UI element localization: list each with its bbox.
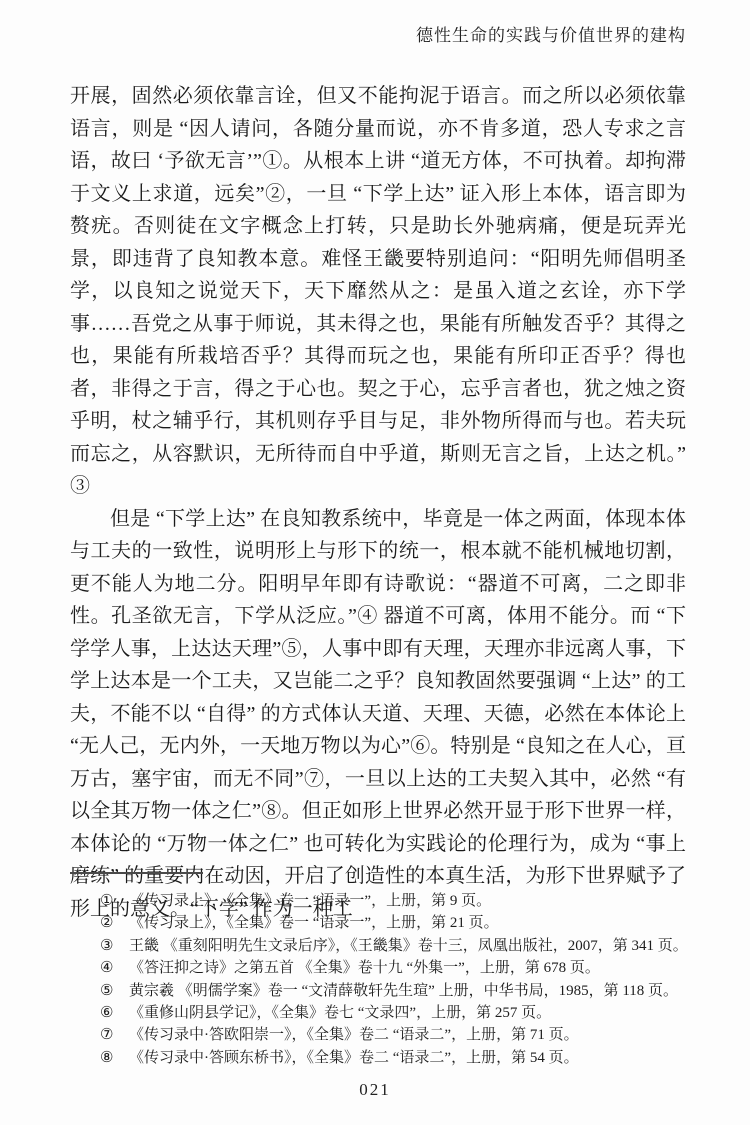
footnote-text: 《答汪抑之诗》之第五首 《全集》卷十九 “外集一”，上册，第 678 页。: [129, 957, 600, 979]
footnotes-block: ① 《传习录上》，《全集》卷一 “语录一”，上册，第 9 页。 ② 《传习录上》…: [100, 890, 686, 1069]
footnote-marker: ②: [100, 912, 120, 934]
footnote-text: 《传习录上》，《全集》卷一 “语录一”，上册，第 21 页。: [129, 912, 499, 934]
book-page: 德性生命的实践与价值世界的建构 开展，固然必须依靠言诠，但又不能拘泥于语言。而之…: [0, 0, 750, 1125]
body-text: 开展，固然必须依靠言诠，但又不能拘泥于语言。而之所以必须依靠语言，则是 “因人请…: [70, 80, 686, 925]
footnote-separator-rule: [70, 872, 203, 874]
footnote-item: ⑧ 《传习录中·答顾东桥书》，《全集》卷二 “语录二”，上册，第 54 页。: [100, 1047, 686, 1069]
footnote-item: ⑥ 《重修山阴县学记》，《全集》卷七 “文录四”，上册，第 257 页。: [100, 1002, 686, 1024]
footnote-text: 黄宗羲 《明儒学案》卷一 “文清薛敬轩先生瑄” 上册，中华书局，1985，第 1…: [129, 980, 678, 1002]
footnote-marker: ⑤: [100, 980, 120, 1002]
footnote-item: ② 《传习录上》，《全集》卷一 “语录一”，上册，第 21 页。: [100, 912, 686, 934]
footnote-item: ⑦ 《传习录中·答欧阳崇一》，《全集》卷二 “语录二”，上册，第 71 页。: [100, 1024, 686, 1046]
footnote-text: 《传习录中·答顾东桥书》，《全集》卷二 “语录二”，上册，第 54 页。: [129, 1047, 579, 1069]
running-head-title: 德性生命的实践与价值世界的建构: [416, 21, 686, 46]
page-number: 021: [0, 1080, 750, 1100]
paragraph-1: 开展，固然必须依靠言诠，但又不能拘泥于语言。而之所以必须依靠语言，则是 “因人请…: [70, 80, 686, 503]
footnote-marker: ④: [100, 957, 120, 979]
footnote-marker: ⑥: [100, 1002, 120, 1024]
footnote-item: ⑤ 黄宗羲 《明儒学案》卷一 “文清薛敬轩先生瑄” 上册，中华书局，1985，第…: [100, 980, 686, 1002]
footnote-marker: ①: [100, 890, 120, 912]
footnote-marker: ⑦: [100, 1024, 120, 1046]
paragraph-2: 但是 “下学上达” 在良知教系统中，毕竟是一体之两面，体现本体与工夫的一致性，说…: [70, 503, 686, 926]
footnote-text: 《传习录上》，《全集》卷一 “语录一”，上册，第 9 页。: [129, 890, 491, 912]
footnote-text: 《重修山阴县学记》，《全集》卷七 “文录四”，上册，第 257 页。: [129, 1002, 551, 1024]
footnote-marker: ⑧: [100, 1047, 120, 1069]
footnote-item: ③ 王畿 《重刻阳明先生文录后序》，《王畿集》卷十三，凤凰出版社，2007，第 …: [100, 935, 686, 957]
footnote-text: 王畿 《重刻阳明先生文录后序》，《王畿集》卷十三，凤凰出版社，2007，第 34…: [129, 935, 686, 957]
footnote-marker: ③: [100, 935, 120, 957]
footnote-item: ① 《传习录上》，《全集》卷一 “语录一”，上册，第 9 页。: [100, 890, 686, 912]
footnote-text: 《传习录中·答欧阳崇一》，《全集》卷二 “语录二”，上册，第 71 页。: [129, 1024, 579, 1046]
footnote-item: ④ 《答汪抑之诗》之第五首 《全集》卷十九 “外集一”，上册，第 678 页。: [100, 957, 686, 979]
